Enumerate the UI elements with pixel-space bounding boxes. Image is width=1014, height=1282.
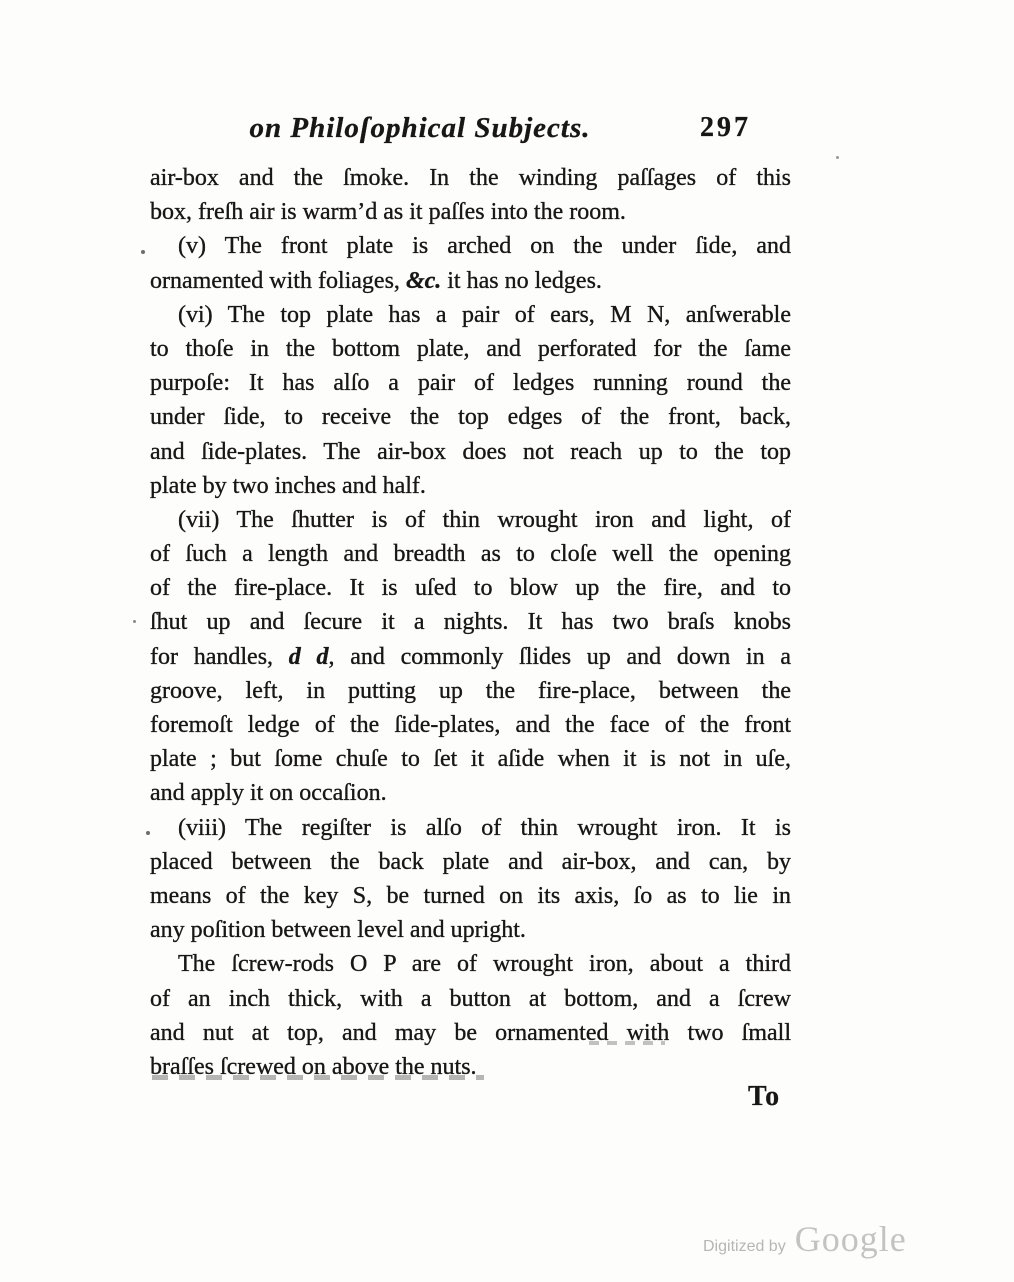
book-page-scan: on Philoſophical Subjects. 297 air-box a… — [0, 0, 1014, 1282]
text-line: to thoſe in the bottom plate, and perfor… — [150, 332, 791, 366]
text-line: groove, left, in putting up the fire-pla… — [150, 674, 791, 708]
catchword: To — [748, 1081, 780, 1113]
show-through-ghost-text — [152, 1075, 484, 1080]
text-line: purpoſe: It has alſo a pair of ledges ru… — [150, 366, 791, 400]
text-segment-italic: d d — [289, 644, 329, 670]
text-line: (viii) The regiſter is alſo of thin wrou… — [150, 811, 791, 845]
scan-speck — [141, 250, 145, 254]
text-line: (v) The front plate is arched on the und… — [150, 229, 791, 263]
text-segment: , and commonly ſlides up and down in a — [329, 644, 791, 670]
text-line: of an inch thick, with a button at botto… — [150, 982, 791, 1016]
text-segment: for handles, — [150, 644, 289, 670]
text-segment-italic: &c. — [406, 268, 441, 294]
text-line: plate by two inches and half. — [150, 469, 791, 503]
scan-speck — [836, 156, 839, 159]
page-number: 297 — [700, 112, 780, 144]
text-line: plate ; but ſome chuſe to ſet it aſide w… — [150, 742, 791, 776]
scan-speck — [133, 620, 136, 623]
text-line: under ſide, to receive the top edges of … — [150, 400, 791, 434]
running-title: on Philoſophical Subjects. — [150, 112, 690, 145]
text-line: for handles, d d, and commonly ſlides up… — [150, 640, 791, 674]
text-line: (vii) The ſhutter is of thin wrought iro… — [150, 503, 791, 537]
text-line: box, freſh air is warm’d as it paſſes in… — [150, 195, 791, 229]
text-segment: ornamented with foliages, — [150, 268, 406, 294]
text-line: (vi) The top plate has a pair of ears, M… — [150, 298, 791, 332]
text-line: and apply it on occaſion. — [150, 776, 791, 810]
text-line: ornamented with foliages, &c. it has no … — [150, 264, 791, 298]
google-logo: Google — [795, 1218, 907, 1260]
watermark-prefix: Digitized by — [703, 1238, 786, 1256]
text-line: of the fire-place. It is uſed to blow up… — [150, 571, 791, 605]
digitized-watermark: Digitized by Google — [703, 1218, 907, 1260]
text-line: foremoſt ledge of the ſide-plates, and t… — [150, 708, 791, 742]
show-through-ghost-text — [589, 1041, 665, 1045]
text-line: The ſcrew-rods O P are of wrought iron, … — [150, 947, 791, 981]
text-line: air-box and the ſmoke. In the winding pa… — [150, 161, 791, 195]
scan-speck — [146, 831, 150, 835]
text-line: and nut at top, and may be ornamented wi… — [150, 1016, 791, 1050]
text-line: and ſide-plates. The air-box does not re… — [150, 435, 791, 469]
text-segment: it has no ledges. — [441, 268, 602, 294]
text-line: ſhut up and ſecure it a nights. It has t… — [150, 605, 791, 639]
body-text: air-box and the ſmoke. In the winding pa… — [150, 161, 791, 1084]
text-line: means of the key S, be turned on its axi… — [150, 879, 791, 913]
text-line: of ſuch a length and breadth as to cloſe… — [150, 537, 791, 571]
text-line: placed between the back plate and air-bo… — [150, 845, 791, 879]
text-line: any poſition between level and upright. — [150, 913, 791, 947]
